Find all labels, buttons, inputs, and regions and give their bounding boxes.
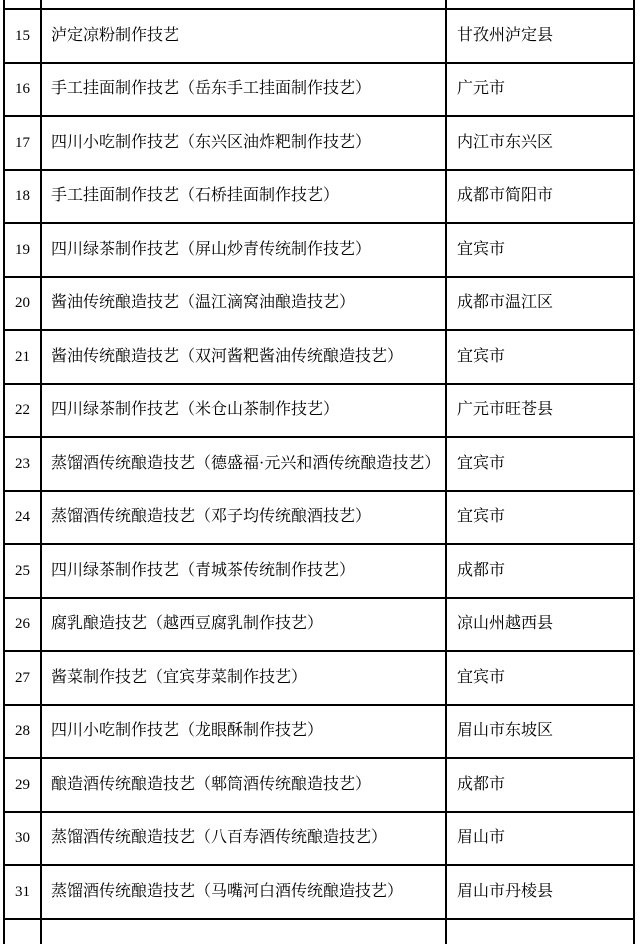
region-text: 宜宾市 — [457, 235, 505, 265]
region-cell: 成都市 — [447, 759, 633, 811]
region-cell: 成都市温江区 — [447, 278, 633, 330]
region-cell: 广元市 — [447, 64, 633, 116]
region-text: 凉山州越西县 — [457, 609, 553, 639]
craft-name-cell: 泸定凉粉制作技艺 — [42, 10, 447, 62]
table-row: 27 酱菜制作技艺（宜宾芽菜制作技艺） 宜宾市 — [5, 652, 633, 706]
region-text: 成都市 — [457, 770, 505, 800]
partial-row-bottom — [5, 920, 633, 944]
row-number-cell: 29 — [5, 759, 42, 811]
craft-name-text: 酱油传统酿造技艺（温江滴窝油酿造技艺） — [51, 288, 355, 318]
craft-name-text: 四川小吃制作技艺（东兴区油炸粑制作技艺） — [51, 128, 371, 158]
craft-name-cell: 蒸馏酒传统酿造技艺（八百寿酒传统酿造技艺） — [42, 813, 447, 865]
craft-name-text: 蒸馏酒传统酿造技艺（邓子均传统酿酒技艺） — [51, 502, 371, 532]
craft-name-text: 四川小吃制作技艺（龙眼酥制作技艺） — [51, 716, 323, 746]
row-number-text: 31 — [15, 882, 30, 902]
region-cell: 宜宾市 — [447, 492, 633, 544]
row-number-text: 19 — [15, 240, 30, 260]
row-number-cell: 17 — [5, 117, 42, 169]
craft-name-cell: 蒸馏酒传统酿造技艺（德盛福·元兴和酒传统酿造技艺） — [42, 438, 447, 490]
craft-name-text: 蒸馏酒传统酿造技艺（德盛福·元兴和酒传统酿造技艺） — [51, 449, 440, 479]
craft-name-cell: 腐乳酿造技艺（越西豆腐乳制作技艺） — [42, 599, 447, 651]
table-row: 17 四川小吃制作技艺（东兴区油炸粑制作技艺） 内江市东兴区 — [5, 117, 633, 171]
region-cell: 眉山市 — [447, 813, 633, 865]
region-text: 内江市东兴区 — [457, 128, 553, 158]
row-number-cell: 26 — [5, 599, 42, 651]
region-cell: 凉山州越西县 — [447, 599, 633, 651]
region-text: 成都市温江区 — [457, 288, 553, 318]
region-cell: 宜宾市 — [447, 331, 633, 383]
region-cell — [447, 0, 633, 8]
region-text: 宜宾市 — [457, 449, 505, 479]
region-text: 成都市简阳市 — [457, 181, 553, 211]
table-row: 21 酱油传统酿造技艺（双河酱粑酱油传统酿造技艺） 宜宾市 — [5, 331, 633, 385]
craft-name-text: 泸定凉粉制作技艺 — [51, 21, 179, 51]
craft-name-cell: 四川绿茶制作技艺（米仓山茶制作技艺） — [42, 385, 447, 437]
region-cell: 成都市 — [447, 545, 633, 597]
table-row: 20 酱油传统酿造技艺（温江滴窝油酿造技艺） 成都市温江区 — [5, 278, 633, 332]
craft-name-text: 酱菜制作技艺（宜宾芽菜制作技艺） — [51, 663, 307, 693]
table-row: 23 蒸馏酒传统酿造技艺（德盛福·元兴和酒传统酿造技艺） 宜宾市 — [5, 438, 633, 492]
row-number-cell: 24 — [5, 492, 42, 544]
region-text: 宜宾市 — [457, 342, 505, 372]
row-number-text: 23 — [15, 454, 30, 474]
row-number-cell: 16 — [5, 64, 42, 116]
region-cell: 眉山市东坡区 — [447, 706, 633, 758]
table-row: 31 蒸馏酒传统酿造技艺（马嘴河白酒传统酿造技艺） 眉山市丹棱县 — [5, 866, 633, 920]
row-number-cell — [5, 920, 42, 944]
row-number-cell: 21 — [5, 331, 42, 383]
row-number-text: 24 — [15, 507, 30, 527]
table-row: 16 手工挂面制作技艺（岳东手工挂面制作技艺） 广元市 — [5, 64, 633, 118]
row-number-text: 16 — [15, 79, 30, 99]
region-cell: 广元市旺苍县 — [447, 385, 633, 437]
row-number-text: 30 — [15, 828, 30, 848]
row-number-cell: 20 — [5, 278, 42, 330]
region-text: 眉山市丹棱县 — [457, 877, 553, 907]
table-row: 26 腐乳酿造技艺（越西豆腐乳制作技艺） 凉山州越西县 — [5, 599, 633, 653]
craft-name-cell: 蒸馏酒传统酿造技艺（邓子均传统酿酒技艺） — [42, 492, 447, 544]
row-number-cell: 18 — [5, 171, 42, 223]
row-number-text: 20 — [15, 293, 30, 313]
row-number-text: 17 — [15, 133, 30, 153]
row-number-text: 25 — [15, 561, 30, 581]
table-row: 15 泸定凉粉制作技艺 甘孜州泸定县 — [5, 10, 633, 64]
table-row: 28 四川小吃制作技艺（龙眼酥制作技艺） 眉山市东坡区 — [5, 706, 633, 760]
region-text: 宜宾市 — [457, 663, 505, 693]
row-number-cell: 22 — [5, 385, 42, 437]
row-number-text: 27 — [15, 668, 30, 688]
region-text: 眉山市东坡区 — [457, 716, 553, 746]
table-row: 24 蒸馏酒传统酿造技艺（邓子均传统酿酒技艺） 宜宾市 — [5, 492, 633, 546]
row-number-cell: 23 — [5, 438, 42, 490]
row-number-text: 21 — [15, 347, 30, 367]
craft-name-cell: 四川绿茶制作技艺（青城茶传统制作技艺） — [42, 545, 447, 597]
craft-name-text: 酱油传统酿造技艺（双河酱粑酱油传统酿造技艺） — [51, 342, 403, 372]
region-text: 广元市旺苍县 — [457, 395, 553, 425]
region-cell: 成都市简阳市 — [447, 171, 633, 223]
table-row: 18 手工挂面制作技艺（石桥挂面制作技艺） 成都市简阳市 — [5, 171, 633, 225]
craft-name-text: 手工挂面制作技艺（岳东手工挂面制作技艺） — [51, 74, 371, 104]
craft-name-text: 四川绿茶制作技艺（米仓山茶制作技艺） — [51, 395, 339, 425]
region-cell: 宜宾市 — [447, 224, 633, 276]
table-row: 29 酿造酒传统酿造技艺（郫筒酒传统酿造技艺） 成都市 — [5, 759, 633, 813]
row-number-text: 26 — [15, 614, 30, 634]
craft-name-cell — [42, 0, 447, 8]
table-row: 19 四川绿茶制作技艺（屏山炒青传统制作技艺） 宜宾市 — [5, 224, 633, 278]
craft-name-cell: 四川小吃制作技艺（东兴区油炸粑制作技艺） — [42, 117, 447, 169]
region-text: 眉山市 — [457, 823, 505, 853]
table-row: 25 四川绿茶制作技艺（青城茶传统制作技艺） 成都市 — [5, 545, 633, 599]
craft-name-cell: 酱油传统酿造技艺（温江滴窝油酿造技艺） — [42, 278, 447, 330]
partial-row-top — [5, 0, 633, 10]
region-text: 广元市 — [457, 74, 505, 104]
row-number-cell: 28 — [5, 706, 42, 758]
region-cell: 内江市东兴区 — [447, 117, 633, 169]
heritage-table: 15 泸定凉粉制作技艺 甘孜州泸定县 16 手工挂面制作技艺（岳东手工挂面制作技… — [3, 0, 635, 944]
row-number-cell: 30 — [5, 813, 42, 865]
row-number-text: 28 — [15, 721, 30, 741]
row-number-cell: 27 — [5, 652, 42, 704]
row-number-cell — [5, 0, 42, 8]
craft-name-text: 腐乳酿造技艺（越西豆腐乳制作技艺） — [51, 609, 323, 639]
row-number-text: 22 — [15, 400, 30, 420]
craft-name-text: 蒸馏酒传统酿造技艺（八百寿酒传统酿造技艺） — [51, 823, 387, 853]
craft-name-cell: 四川绿茶制作技艺（屏山炒青传统制作技艺） — [42, 224, 447, 276]
craft-name-text: 酿造酒传统酿造技艺（郫筒酒传统酿造技艺） — [51, 770, 371, 800]
craft-name-text: 四川绿茶制作技艺（青城茶传统制作技艺） — [51, 556, 355, 586]
craft-name-cell: 手工挂面制作技艺（石桥挂面制作技艺） — [42, 171, 447, 223]
row-number-cell: 25 — [5, 545, 42, 597]
region-cell: 眉山市丹棱县 — [447, 866, 633, 918]
craft-name-text: 手工挂面制作技艺（石桥挂面制作技艺） — [51, 181, 339, 211]
row-number-cell: 19 — [5, 224, 42, 276]
table-row: 30 蒸馏酒传统酿造技艺（八百寿酒传统酿造技艺） 眉山市 — [5, 813, 633, 867]
row-number-text: 18 — [15, 186, 30, 206]
craft-name-text: 蒸馏酒传统酿造技艺（马嘴河白酒传统酿造技艺） — [51, 877, 403, 907]
region-cell — [447, 920, 633, 944]
craft-name-cell: 四川小吃制作技艺（龙眼酥制作技艺） — [42, 706, 447, 758]
craft-name-cell: 酿造酒传统酿造技艺（郫筒酒传统酿造技艺） — [42, 759, 447, 811]
region-text: 宜宾市 — [457, 502, 505, 532]
row-number-cell: 15 — [5, 10, 42, 62]
region-cell: 宜宾市 — [447, 652, 633, 704]
craft-name-cell — [42, 920, 447, 944]
region-text: 甘孜州泸定县 — [457, 21, 553, 51]
craft-name-cell: 蒸馏酒传统酿造技艺（马嘴河白酒传统酿造技艺） — [42, 866, 447, 918]
craft-name-cell: 酱油传统酿造技艺（双河酱粑酱油传统酿造技艺） — [42, 331, 447, 383]
craft-name-cell: 酱菜制作技艺（宜宾芽菜制作技艺） — [42, 652, 447, 704]
region-text: 成都市 — [457, 556, 505, 586]
region-cell: 甘孜州泸定县 — [447, 10, 633, 62]
table-row: 22 四川绿茶制作技艺（米仓山茶制作技艺） 广元市旺苍县 — [5, 385, 633, 439]
row-number-cell: 31 — [5, 866, 42, 918]
row-number-text: 29 — [15, 775, 30, 795]
region-cell: 宜宾市 — [447, 438, 633, 490]
craft-name-text: 四川绿茶制作技艺（屏山炒青传统制作技艺） — [51, 235, 371, 265]
row-number-text: 15 — [15, 26, 30, 46]
craft-name-cell: 手工挂面制作技艺（岳东手工挂面制作技艺） — [42, 64, 447, 116]
